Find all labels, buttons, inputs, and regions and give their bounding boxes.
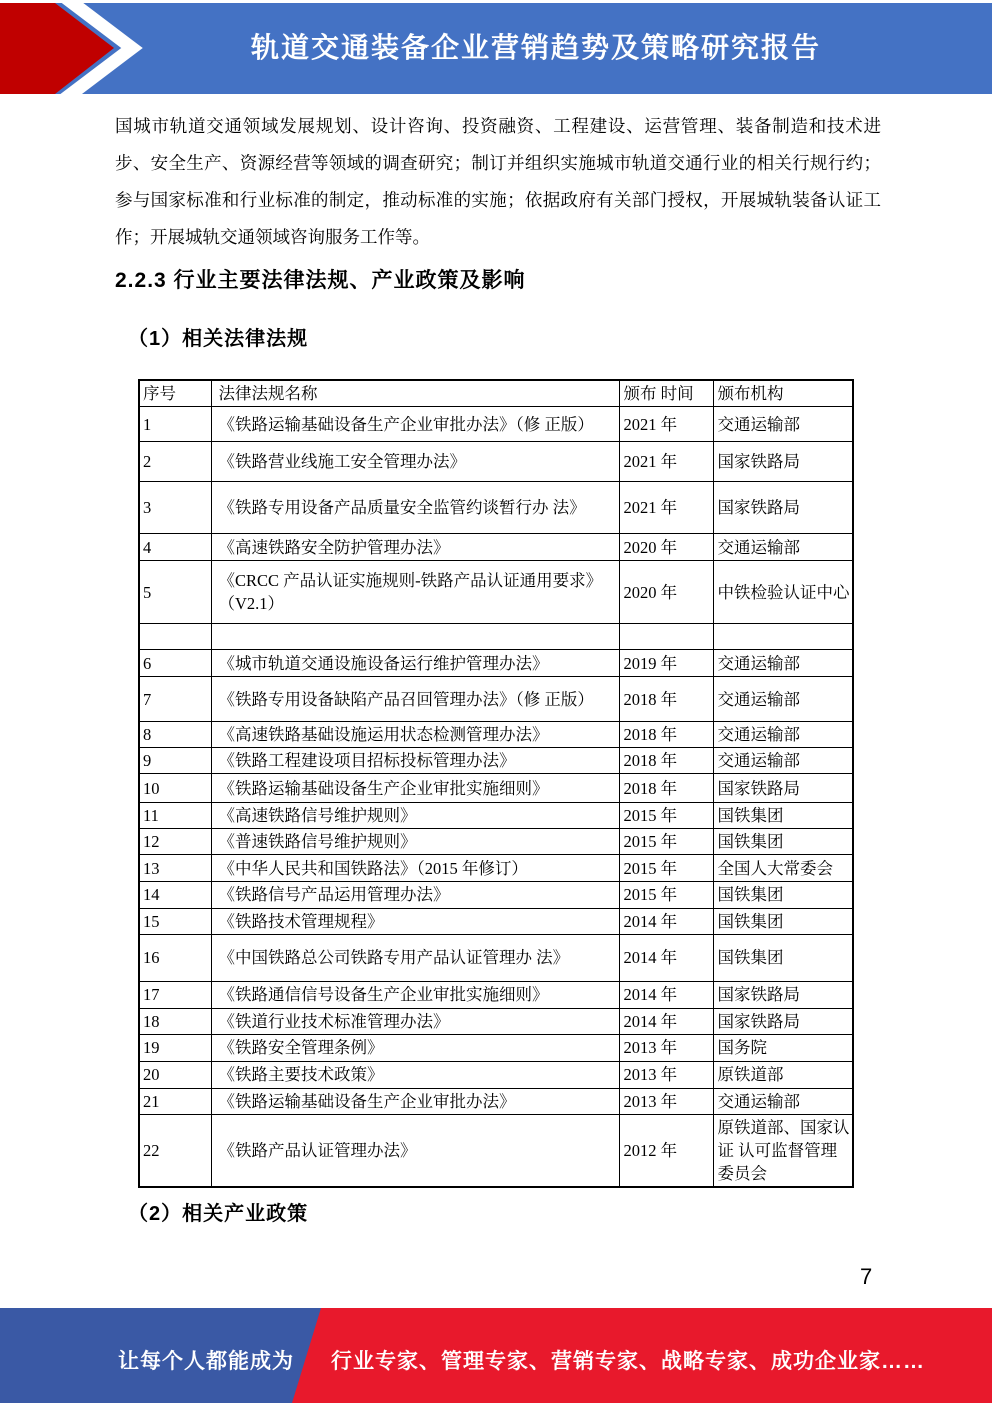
issue-date-cell: 2013 年 [619, 1034, 713, 1061]
issue-date-cell: 2015 年 [619, 855, 713, 882]
law-name-cell: 《铁路产品认证管理办法》 [211, 1114, 619, 1187]
table-row: 4《高速铁路安全防护管理办法》2020 年交通运输部 [139, 534, 853, 561]
table-row: 1《铁路运输基础设备生产企业审批办法》（修 正版）2021 年交通运输部 [139, 407, 853, 442]
issue-date-cell: 2018 年 [619, 748, 713, 774]
law-name-cell: 《铁路技术管理规程》 [211, 908, 619, 934]
seq-cell: 12 [139, 829, 211, 855]
table-row: 19《铁路安全管理条例》2013 年国务院 [139, 1034, 853, 1061]
table-row: 11《高速铁路信号维护规则》2015 年国铁集团 [139, 803, 853, 829]
issuer-cell: 国家铁路局 [713, 482, 853, 534]
seq-cell: 20 [139, 1061, 211, 1088]
issuer-cell: 国铁集团 [713, 829, 853, 855]
seq-cell: 13 [139, 855, 211, 882]
issue-date-cell: 2014 年 [619, 1008, 713, 1034]
issue-date-cell: 2018 年 [619, 722, 713, 748]
seq-cell: 9 [139, 748, 211, 774]
table-row: 2《铁路营业线施工安全管理办法》2021 年国家铁路局 [139, 442, 853, 482]
seq-cell: 7 [139, 677, 211, 722]
issuer-cell: 交通运输部 [713, 1088, 853, 1114]
law-name-cell: 《高速铁路基础设施运用状态检测管理办法》 [211, 722, 619, 748]
issuer-cell: 国家铁路局 [713, 774, 853, 803]
issuer-cell: 原铁道部 [713, 1061, 853, 1088]
table-row [139, 624, 853, 650]
table-row: 5《CRCC 产品认证实施规则-铁路产品认证通用要求》（V2.1）2020 年中… [139, 561, 853, 624]
table-row: 20《铁路主要技术政策》2013 年原铁道部 [139, 1061, 853, 1088]
law-name-cell: 《铁路专用设备缺陷产品召回管理办法》（修 正版） [211, 677, 619, 722]
law-name-cell: 《铁路通信信号设备生产企业审批实施细则》 [211, 981, 619, 1008]
law-name-cell: 《铁路营业线施工安全管理办法》 [211, 442, 619, 482]
issuer-cell: 国家铁路局 [713, 981, 853, 1008]
seq-cell: 5 [139, 561, 211, 624]
seq-cell: 14 [139, 882, 211, 908]
issuer-cell: 交通运输部 [713, 650, 853, 677]
issue-date-cell [619, 624, 713, 650]
issuer-cell: 国铁集团 [713, 803, 853, 829]
issue-date-cell: 2021 年 [619, 407, 713, 442]
issuer-cell: 交通运输部 [713, 534, 853, 561]
issue-date-cell: 2014 年 [619, 981, 713, 1008]
issuer-cell: 国铁集团 [713, 934, 853, 981]
table-row: 6《城市轨道交通设施设备运行维护管理办法》2019 年交通运输部 [139, 650, 853, 677]
column-header-date: 颁布 时间 [619, 380, 713, 407]
issuer-cell: 国铁集团 [713, 908, 853, 934]
page-title: 轨道交通装备企业营销趋势及策略研究报告 [120, 30, 952, 66]
law-name-cell: 《普速铁路信号维护规则》 [211, 829, 619, 855]
seq-cell: 2 [139, 442, 211, 482]
issue-date-cell: 2015 年 [619, 829, 713, 855]
law-name-cell: 《铁路专用设备产品质量安全监管约谈暂行办 法》 [211, 482, 619, 534]
issuer-cell: 中铁检验认证中心 [713, 561, 853, 624]
seq-cell: 15 [139, 908, 211, 934]
issue-date-cell: 2021 年 [619, 482, 713, 534]
issuer-cell: 国务院 [713, 1034, 853, 1061]
issue-date-cell: 2018 年 [619, 677, 713, 722]
law-name-cell: 《铁路主要技术政策》 [211, 1061, 619, 1088]
law-name-cell: 《中国铁路总公司铁路专用产品认证管理办 法》 [211, 934, 619, 981]
issuer-cell [713, 624, 853, 650]
law-name-cell: 《铁路运输基础设备生产企业审批实施细则》 [211, 774, 619, 803]
law-name-cell: 《CRCC 产品认证实施规则-铁路产品认证通用要求》（V2.1） [211, 561, 619, 624]
table-row: 12《普速铁路信号维护规则》2015 年国铁集团 [139, 829, 853, 855]
laws-table: 序号 法律法规名称 颁布 时间 颁布机构 1《铁路运输基础设备生产企业审批办法》… [138, 379, 854, 1188]
seq-cell [139, 624, 211, 650]
issue-date-cell: 2014 年 [619, 934, 713, 981]
section-heading: 2.2.3 行业主要法律法规、产业政策及影响 [115, 264, 526, 294]
seq-cell: 19 [139, 1034, 211, 1061]
seq-cell: 6 [139, 650, 211, 677]
report-header-band: 轨道交通装备企业营销趋势及策略研究报告 [0, 0, 992, 97]
law-name-cell: 《城市轨道交通设施设备运行维护管理办法》 [211, 650, 619, 677]
issuer-cell: 交通运输部 [713, 407, 853, 442]
seq-cell: 22 [139, 1114, 211, 1187]
issue-date-cell: 2020 年 [619, 561, 713, 624]
issue-date-cell: 2019 年 [619, 650, 713, 677]
issuer-cell: 国家铁路局 [713, 1008, 853, 1034]
issue-date-cell: 2015 年 [619, 882, 713, 908]
seq-cell: 18 [139, 1008, 211, 1034]
issue-date-cell: 2013 年 [619, 1061, 713, 1088]
table-row: 18《铁道行业技术标准管理办法》2014 年国家铁路局 [139, 1008, 853, 1034]
table-row: 14《铁路信号产品运用管理办法》2015 年国铁集团 [139, 882, 853, 908]
seq-cell: 11 [139, 803, 211, 829]
seq-cell: 17 [139, 981, 211, 1008]
table-row: 3《铁路专用设备产品质量安全监管约谈暂行办 法》2021 年国家铁路局 [139, 482, 853, 534]
issuer-cell: 交通运输部 [713, 677, 853, 722]
table-header-row: 序号 法律法规名称 颁布 时间 颁布机构 [139, 380, 853, 407]
column-header-issuer: 颁布机构 [713, 380, 853, 407]
law-name-cell: 《铁路工程建设项目招标投标管理办法》 [211, 748, 619, 774]
law-name-cell: 《铁路运输基础设备生产企业审批办法》 [211, 1088, 619, 1114]
subsection-2-heading: （2）相关产业政策 [128, 1197, 308, 1226]
footer-slogan-left: 让每个人都能成为 [118, 1345, 294, 1375]
issue-date-cell: 2013 年 [619, 1088, 713, 1114]
column-header-seq: 序号 [139, 380, 211, 407]
subsection-1-heading: （1）相关法律法规 [128, 322, 308, 351]
law-name-cell: 《铁路运输基础设备生产企业审批办法》（修 正版） [211, 407, 619, 442]
table-row: 10《铁路运输基础设备生产企业审批实施细则》2018 年国家铁路局 [139, 774, 853, 803]
issue-date-cell: 2020 年 [619, 534, 713, 561]
page-number: 7 [860, 1264, 872, 1290]
table-row: 16《中国铁路总公司铁路专用产品认证管理办 法》2014 年国铁集团 [139, 934, 853, 981]
issuer-cell: 原铁道部、国家认证 认可监督管理委员会 [713, 1114, 853, 1187]
issuer-cell: 全国人大常委会 [713, 855, 853, 882]
footer-slogan-right: 行业专家、管理专家、营销专家、战略专家、成功企业家…… [331, 1345, 925, 1375]
seq-cell: 8 [139, 722, 211, 748]
issue-date-cell: 2014 年 [619, 908, 713, 934]
law-name-cell: 《高速铁路信号维护规则》 [211, 803, 619, 829]
table-row: 17《铁路通信信号设备生产企业审批实施细则》2014 年国家铁路局 [139, 981, 853, 1008]
seq-cell: 4 [139, 534, 211, 561]
seq-cell: 21 [139, 1088, 211, 1114]
table-row: 9《铁路工程建设项目招标投标管理办法》2018 年交通运输部 [139, 748, 853, 774]
issuer-cell: 交通运输部 [713, 748, 853, 774]
table-row: 7《铁路专用设备缺陷产品召回管理办法》（修 正版）2018 年交通运输部 [139, 677, 853, 722]
table-row: 8《高速铁路基础设施运用状态检测管理办法》2018 年交通运输部 [139, 722, 853, 748]
footer-band: 让每个人都能成为 行业专家、管理专家、营销专家、战略专家、成功企业家…… [0, 1308, 992, 1403]
law-name-cell [211, 624, 619, 650]
seq-cell: 1 [139, 407, 211, 442]
seq-cell: 3 [139, 482, 211, 534]
report-page: 轨道交通装备企业营销趋势及策略研究报告 国城市轨道交通领域发展规划、设计咨询、投… [0, 0, 992, 1403]
table-row: 15《铁路技术管理规程》2014 年国铁集团 [139, 908, 853, 934]
issue-date-cell: 2015 年 [619, 803, 713, 829]
law-name-cell: 《铁路安全管理条例》 [211, 1034, 619, 1061]
issue-date-cell: 2021 年 [619, 442, 713, 482]
law-name-cell: 《铁道行业技术标准管理办法》 [211, 1008, 619, 1034]
column-header-name: 法律法规名称 [211, 380, 619, 407]
issuer-cell: 国家铁路局 [713, 442, 853, 482]
table-row: 21《铁路运输基础设备生产企业审批办法》2013 年交通运输部 [139, 1088, 853, 1114]
seq-cell: 10 [139, 774, 211, 803]
issue-date-cell: 2018 年 [619, 774, 713, 803]
law-name-cell: 《中华人民共和国铁路法》（2015 年修订） [211, 855, 619, 882]
law-name-cell: 《铁路信号产品运用管理办法》 [211, 882, 619, 908]
seq-cell: 16 [139, 934, 211, 981]
issuer-cell: 国铁集团 [713, 882, 853, 908]
table-row: 22《铁路产品认证管理办法》2012 年原铁道部、国家认证 认可监督管理委员会 [139, 1114, 853, 1187]
intro-paragraph: 国城市轨道交通领域发展规划、设计咨询、投资融资、工程建设、运营管理、装备制造和技… [115, 108, 881, 256]
issuer-cell: 交通运输部 [713, 722, 853, 748]
table-row: 13《中华人民共和国铁路法》（2015 年修订）2015 年全国人大常委会 [139, 855, 853, 882]
issue-date-cell: 2012 年 [619, 1114, 713, 1187]
law-name-cell: 《高速铁路安全防护管理办法》 [211, 534, 619, 561]
